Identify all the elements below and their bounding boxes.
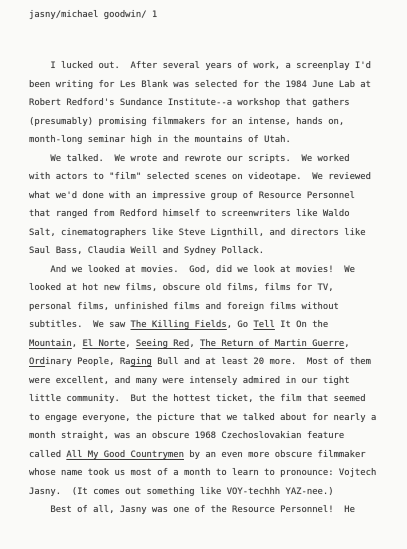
text-line: been writing for Les Blank was selected … (29, 76, 387, 95)
text-line: Mountain, El Norte, Seeing Red, The Retu… (29, 335, 387, 354)
underlined-film-title: Seeing Red (136, 339, 189, 349)
text-line: with actors to "film" selected scenes on… (29, 168, 387, 187)
text-line: to engage everyone, the picture that we … (29, 409, 387, 428)
text-run: , (72, 339, 83, 349)
typewritten-page: jasny/michael goodwin/ 1 I lucked out. A… (0, 0, 407, 549)
text-run: whose name took us most of a month to le… (29, 468, 376, 478)
text-line: looked at hot new films, obscure old fil… (29, 279, 387, 298)
text-run: , (344, 339, 349, 349)
text-line: Robert Redford's Sundance Institute--a w… (29, 94, 387, 113)
text-run: looked at hot new films, obscure old fil… (29, 283, 334, 293)
text-run: It On the (275, 320, 328, 330)
text-line: Ordinary People, Raging Bull and at leas… (29, 353, 387, 372)
text-run: We talked. We wrote and rewrote our scri… (29, 154, 350, 164)
text-line: Best of all, Jasny was one of the Resour… (29, 501, 387, 520)
page-header: jasny/michael goodwin/ 1 (29, 10, 387, 21)
text-run: , (189, 339, 200, 349)
text-run: inary People, Ra (45, 357, 131, 367)
text-run: personal films, unfinished films and for… (29, 302, 339, 312)
text-line: (presumably) promising filmmakers for an… (29, 113, 387, 132)
text-line: And we looked at movies. God, did we loo… (29, 261, 387, 280)
text-line: little community. But the hottest ticket… (29, 390, 387, 409)
underlined-film-title: Ord (29, 357, 45, 367)
text-line: personal films, unfinished films and for… (29, 298, 387, 317)
text-line: month straight, was an obscure 1968 Czec… (29, 427, 387, 446)
text-run: that ranged from Redford himself to scre… (29, 209, 350, 219)
text-run: with actors to "film" selected scenes on… (29, 172, 371, 182)
text-run: little community. But the hottest ticket… (29, 394, 366, 404)
text-line: Saul Bass, Claudia Weill and Sydney Poll… (29, 242, 387, 261)
text-run: Saul Bass, Claudia Weill and Sydney Poll… (29, 246, 264, 256)
text-run: I lucked out. After several years of wor… (29, 61, 371, 71)
underlined-film-title: ging (131, 357, 152, 367)
text-run: called (29, 450, 66, 460)
text-run: Jasny. (It comes out something like VOY-… (29, 487, 334, 497)
text-run: month straight, was an obscure 1968 Czec… (29, 431, 344, 441)
text-run: been writing for Les Blank was selected … (29, 80, 371, 90)
text-run: Salt, cinematographers like Steve Lignth… (29, 228, 366, 238)
text-line: month-long seminar high in the mountains… (29, 131, 387, 150)
text-line: Jasny. (It comes out something like VOY-… (29, 483, 387, 502)
text-line: We talked. We wrote and rewrote our scri… (29, 150, 387, 169)
text-line: called All My Good Countrymen by an even… (29, 446, 387, 465)
text-run: And we looked at movies. God, did we loo… (29, 265, 355, 275)
text-line: were excellent, and many were intensely … (29, 372, 387, 391)
text-run: Best of all, Jasny was one of the Resour… (29, 505, 355, 515)
text-line: whose name took us most of a month to le… (29, 464, 387, 483)
underlined-film-title: El Norte (82, 339, 125, 349)
text-run: , (125, 339, 136, 349)
text-run: (presumably) promising filmmakers for an… (29, 117, 344, 127)
underlined-film-title: The Killing Fields (131, 320, 227, 330)
text-line: subtitles. We saw The Killing Fields, Go… (29, 316, 387, 335)
underlined-film-title: Tell (253, 320, 274, 330)
text-run: subtitles. We saw (29, 320, 131, 330)
text-run: Robert Redford's Sundance Institute--a w… (29, 98, 350, 108)
document-body: I lucked out. After several years of wor… (29, 57, 387, 520)
underlined-film-title: The Return of Martin Guerre (200, 339, 344, 349)
text-run: what we'd done with an impressive group … (29, 191, 355, 201)
text-run: were excellent, and many were intensely … (29, 376, 350, 386)
text-line: I lucked out. After several years of wor… (29, 57, 387, 76)
text-line: what we'd done with an impressive group … (29, 187, 387, 206)
text-run: by an even more obscure filmmaker (184, 450, 366, 460)
underlined-film-title: All My Good Countrymen (66, 450, 184, 460)
text-line: that ranged from Redford himself to scre… (29, 205, 387, 224)
text-run: month-long seminar high in the mountains… (29, 135, 291, 145)
underlined-film-title: Mountain (29, 339, 72, 349)
text-run: to engage everyone, the picture that we … (29, 413, 376, 423)
text-run: Bull and at least 20 more. Most of them (152, 357, 371, 367)
text-run: , Go (227, 320, 254, 330)
text-line: Salt, cinematographers like Steve Lignth… (29, 224, 387, 243)
